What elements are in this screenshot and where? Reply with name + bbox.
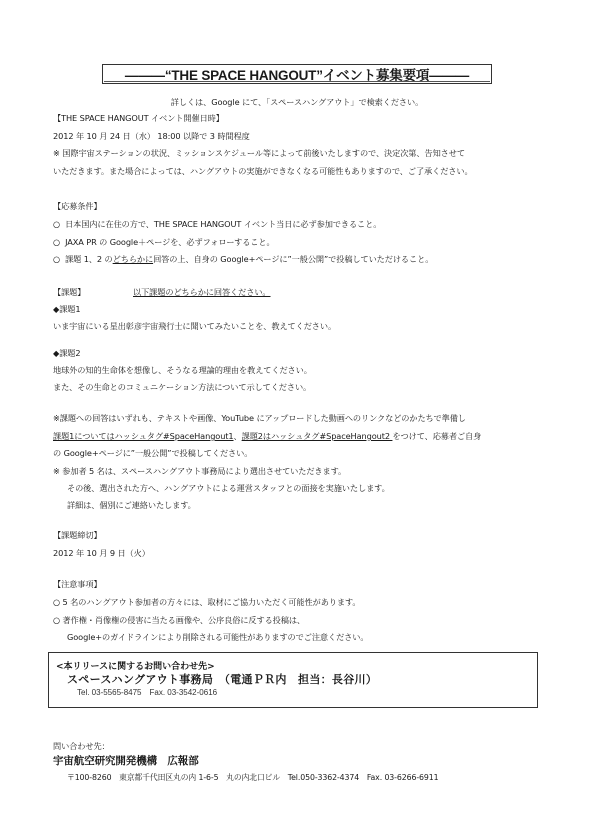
caution-item-2-cont: Google+のガイドラインにより削除される可能性がありますのでご注意ください。 [67,632,368,643]
task2-line2: また、その生命とのコミュニケーション方法について示してください。 [53,382,311,393]
cautions-heading: 【注意事項】 [53,579,102,590]
requirements-heading: 【応募条件】 [53,201,102,212]
underlined-emphasis: どちらかに [113,254,153,264]
tasks-note-line1: ※課題への回答はいずれも、テキストや画像、YouTube にアップロードした動画… [53,413,466,424]
document-title: ―――“THE SPACE HANGOUT”イベント募集要項――― [102,64,492,84]
circle-bullet-icon: ○ [53,219,60,229]
task1-label: ◆課題1 [53,304,80,315]
contact-phone: Tel. 03-5565-8475 Fax. 03-3542-0616 [77,687,217,698]
caution-item-2: ○ 著作権・肖像権の侵害に当たる画像や、公序良俗に反する投稿は、 [53,615,305,626]
inquiry-address: 〒100-8260 東京都千代田区丸の内 1-6-5 丸の内北口ビル Tel.0… [67,772,438,783]
circle-bullet-icon: ○ [53,254,60,264]
tasks-note-line4: ※ 参加者 5 名は、スペースハングアウト事務局により選出させていただきます。 [53,466,346,477]
tasks-note-line2: 課題1についてはハッシュタグ#SpaceHangout1、課題2はハッシュタグ#… [53,431,481,442]
hashtag-task1: 課題1についてはハッシュタグ#SpaceHangout1 [53,431,234,441]
deadline-date: 2012 年 10 月 9 日（火） [53,548,150,559]
inquiry-org: 宇宙航空研究開発機構 広報部 [53,755,199,768]
inquiry-label: 問い合わせ先： [53,741,110,752]
tasks-heading: 【課題】 [53,287,85,297]
requirement-item: ○ 日本国内に在住の方で、THE SPACE HANGOUT イベント当日に必ず… [53,219,381,230]
tasks-note-line5: その後、選出された方へ、ハングアウトによる運営スタッフとの面接を実施いたします。 [67,483,390,494]
press-contact-box: <本リリースに関するお問い合わせ先> スペースハングアウト事務局 （電通ＰＲ内 … [48,652,538,708]
event-date: 2012 年 10 月 24 日（水） 18:00 以降で 3 時間程度 [53,131,250,142]
tasks-note-line3: の Google+ページに”一般公開”で投稿してください。 [53,448,252,459]
deadline-heading: 【課題締切】 [53,530,102,541]
task2-line1: 地球外の知的生命体を想像し、そうなる理論的理由を教えてください。 [53,365,312,376]
hashtag-task2: 課題2はハッシュタグ#SpaceHangout2 [242,431,393,441]
requirement-item: ○ JAXA PR の Google＋ページを、必ずフォローすること。 [53,237,275,248]
circle-bullet-icon: ○ [53,237,60,247]
caution-item-1: ○ 5 名のハングアウト参加者の方々には、取材にご協力いただく可能性があります。 [53,597,361,608]
event-datetime-heading: 【THE SPACE HANGOUT イベント開催日時】 [53,113,224,124]
task2-label: ◆課題2 [53,348,80,359]
tasks-note-line6: 詳細は、個別にご連絡いたします。 [67,500,196,511]
contact-office: スペースハングアウト事務局 （電通ＰＲ内 担当：長谷川） [67,671,377,687]
event-note-line1: ※ 国際宇宙ステーションの状況、ミッションスケジュール等によって前後いたしますの… [53,148,465,159]
intro-text: 詳しくは、Google にて、「スペースハングアウト」で検索ください。 [0,97,594,108]
tasks-heading-row: 【課題】 以下課題のどちらかに回答ください。 [53,287,85,298]
tasks-instruction: 以下課題のどちらかに回答ください。 [133,287,271,298]
requirement-item: ○ 課題 1、2 のどちらかに回答の上、自身の Google+ページに”一般公開… [53,254,433,265]
task1-text: いま宇宙にいる星出彰彦宇宙飛行士に聞いてみたいことを、教えてください。 [53,321,336,332]
event-note-line2: いただきます。また場合によっては、ハングアウトの実施ができなくなる可能性もありま… [53,166,473,177]
